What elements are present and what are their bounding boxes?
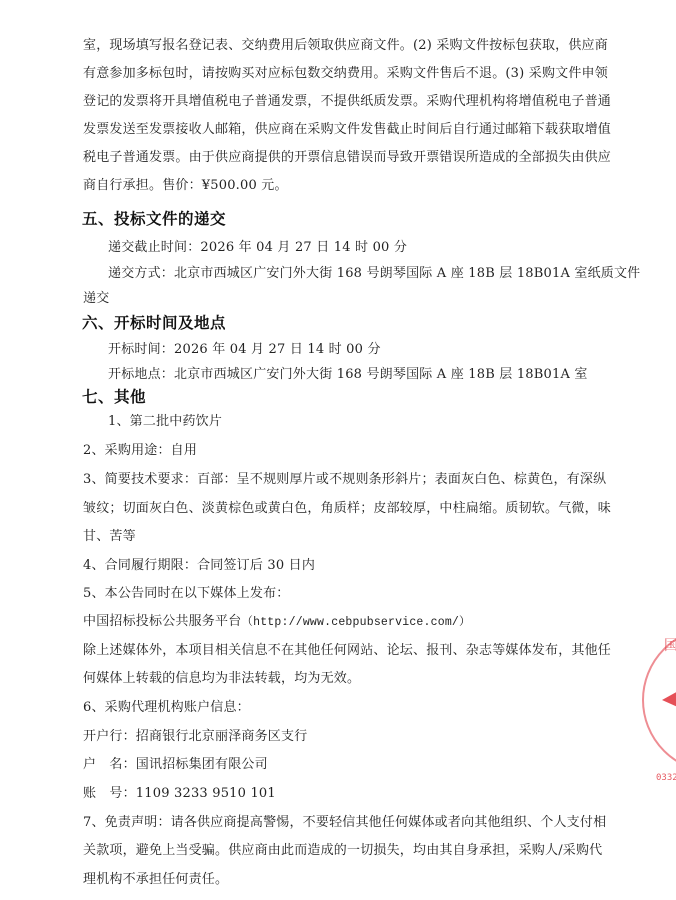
item-1: 1、第二批中药饮片 (108, 414, 601, 430)
section-heading-5: 五、投标文件的递交 (82, 209, 226, 229)
svg-text:国: 国 (664, 638, 676, 654)
account-number: 账 号：1109 3233 9510 101 (83, 786, 601, 802)
opening-time: 开标时间：2026 年 04 月 27 日 14 时 00 分 (108, 342, 601, 358)
media-url[interactable]: （http://www.cebpubservice.com/） (241, 616, 470, 629)
bank-name: 开户行：招商银行北京丽泽商务区支行 (83, 729, 601, 745)
item-3-line: 甘、苦等 (83, 529, 601, 545)
submission-method-cont: 递交 (83, 291, 601, 307)
media-platform: 中国招标投标公共服务平台 (83, 614, 241, 629)
item-7-line: 理机构不承担任何责任。 (83, 872, 601, 888)
item-7-line: 7、免责声明：请各供应商提高警惕，不要轻信其他任何媒体或者向其他组织、个人支付相 (83, 815, 601, 831)
media-line: 中国招标投标公共服务平台（http://www.cebpubservice.co… (83, 614, 601, 631)
official-seal-icon: 国 0332 (640, 610, 676, 790)
paragraph-line: 发票发送至发票接收人邮箱，供应商在采购文件发售截止时间后自行通过邮箱下载获取增值 (83, 122, 601, 138)
submission-deadline: 递交截止时间：2026 年 04 月 27 日 14 时 00 分 (108, 240, 601, 256)
document-page: 室，现场填写报名登记表、交纳费用后领取供应商文件。(2) 采购文件按标包获取，供… (0, 0, 676, 900)
svg-text:0332: 0332 (656, 773, 676, 783)
section-heading-7: 七、其他 (82, 387, 146, 407)
submission-method: 递交方式：北京市西城区广安门外大街 168 号朗琴国际 A 座 18B 层 18… (108, 266, 601, 282)
media-note-line: 除上述媒体外，本项目相关信息不在其他任何网站、论坛、报刊、杂志等媒体发布，其他任 (83, 643, 601, 659)
account-name: 户 名：国讯招标集团有限公司 (83, 757, 601, 773)
item-3-line: 3、简要技术要求：百部：呈不规则厚片或不规则条形斜片；表面灰白色、棕黄色，有深纵 (83, 472, 601, 488)
paragraph-line: 登记的发票将开具增值税电子普通发票，不提供纸质发票。采购代理机构将增值税电子普通 (83, 94, 601, 110)
item-3-line: 皱纹；切面灰白色、淡黄棕色或黄白色，角质样；皮部较厚，中柱扁缩。质韧软。气微，味 (83, 501, 601, 517)
item-2: 2、采购用途：自用 (83, 443, 601, 459)
item-6: 6、采购代理机构账户信息： (83, 700, 601, 716)
item-4: 4、合同履行期限：合同签订后 30 日内 (83, 558, 601, 574)
paragraph-line: 商自行承担。售价：¥500.00 元。 (83, 178, 601, 194)
media-note-line: 何媒体上转载的信息均为非法转载，均为无效。 (83, 671, 601, 687)
paragraph-line: 税电子普通发票。由于供应商提供的开票信息错误而导致开票错误所造成的全部损失由供应 (83, 150, 601, 166)
paragraph-line: 有意参加多标包时，请按购买对应标包数交纳费用。采购文件售后不退。(3) 采购文件… (83, 66, 601, 82)
section-heading-6: 六、开标时间及地点 (82, 313, 226, 333)
item-5: 5、本公告同时在以下媒体上发布： (83, 586, 601, 602)
item-7-line: 关款项，避免上当受骗。供应商由此而造成的一切损失，均由其自身承担，采购人/采购代 (83, 843, 601, 859)
opening-place: 开标地点：北京市西城区广安门外大街 168 号朗琴国际 A 座 18B 层 18… (108, 367, 601, 383)
paragraph-line: 室，现场填写报名登记表、交纳费用后领取供应商文件。(2) 采购文件按标包获取，供… (83, 38, 601, 54)
